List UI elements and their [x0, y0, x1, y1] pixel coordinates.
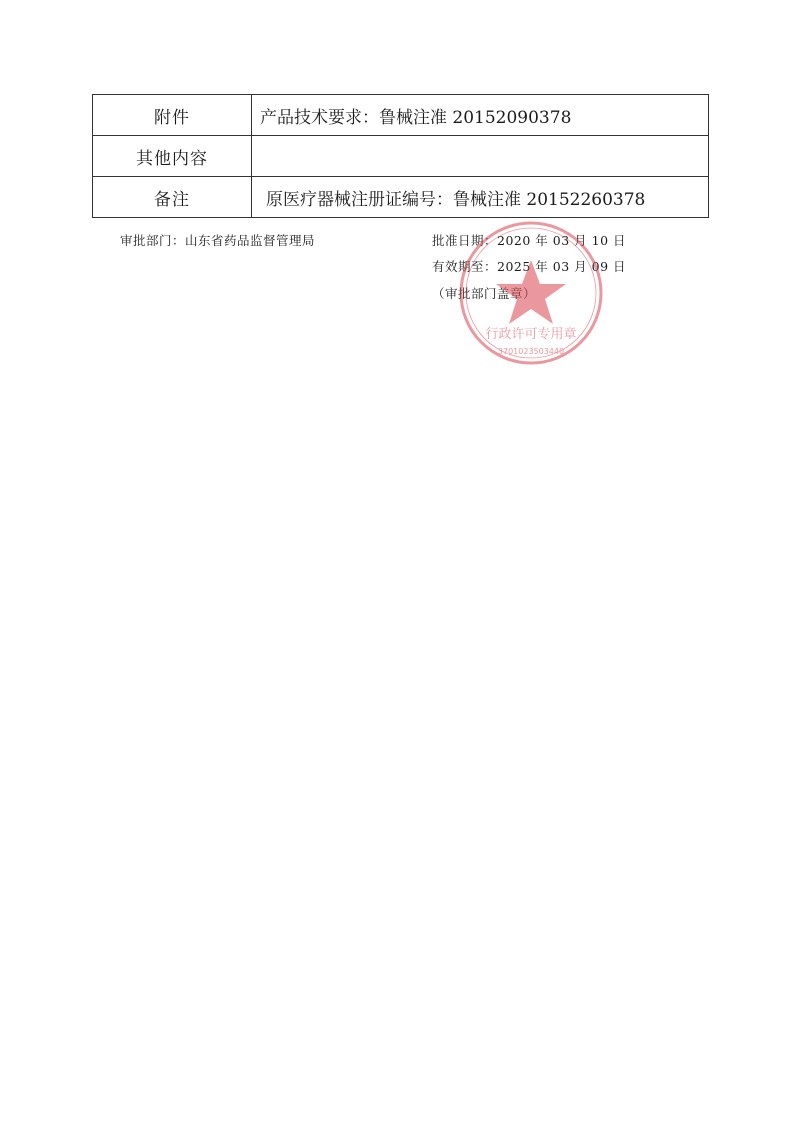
row-label: 备注	[93, 177, 252, 218]
row-label: 其他内容	[93, 136, 252, 177]
table-row-attachment: 附件 产品技术要求：鲁械注准 20152090378	[93, 95, 709, 136]
seal-bottom-text: 行政许可专用章	[485, 326, 576, 342]
valid-until-date: 有效期至：2025 年 03 月 09 日	[432, 257, 626, 275]
approval-date: 批准日期：2020 年 03 月 10 日	[432, 231, 626, 249]
row-value: 产品技术要求：鲁械注准 20152090378	[252, 95, 709, 136]
table-row-other-content: 其他内容	[93, 136, 709, 177]
row-value: 原医疗器械注册证编号：鲁械注准 20152260378	[252, 177, 709, 218]
row-value	[252, 136, 709, 177]
approval-department: 审批部门：山东省药品监督管理局	[120, 231, 315, 249]
table-row-remarks: 备注 原医疗器械注册证编号：鲁械注准 20152260378	[93, 177, 709, 218]
seal-number: 3701023503440	[498, 347, 564, 356]
row-label: 附件	[93, 95, 252, 136]
registration-info-table: 附件 产品技术要求：鲁械注准 20152090378 其他内容 备注 原医疗器械…	[92, 94, 709, 218]
seal-note: （审批部门盖章）	[432, 284, 536, 302]
